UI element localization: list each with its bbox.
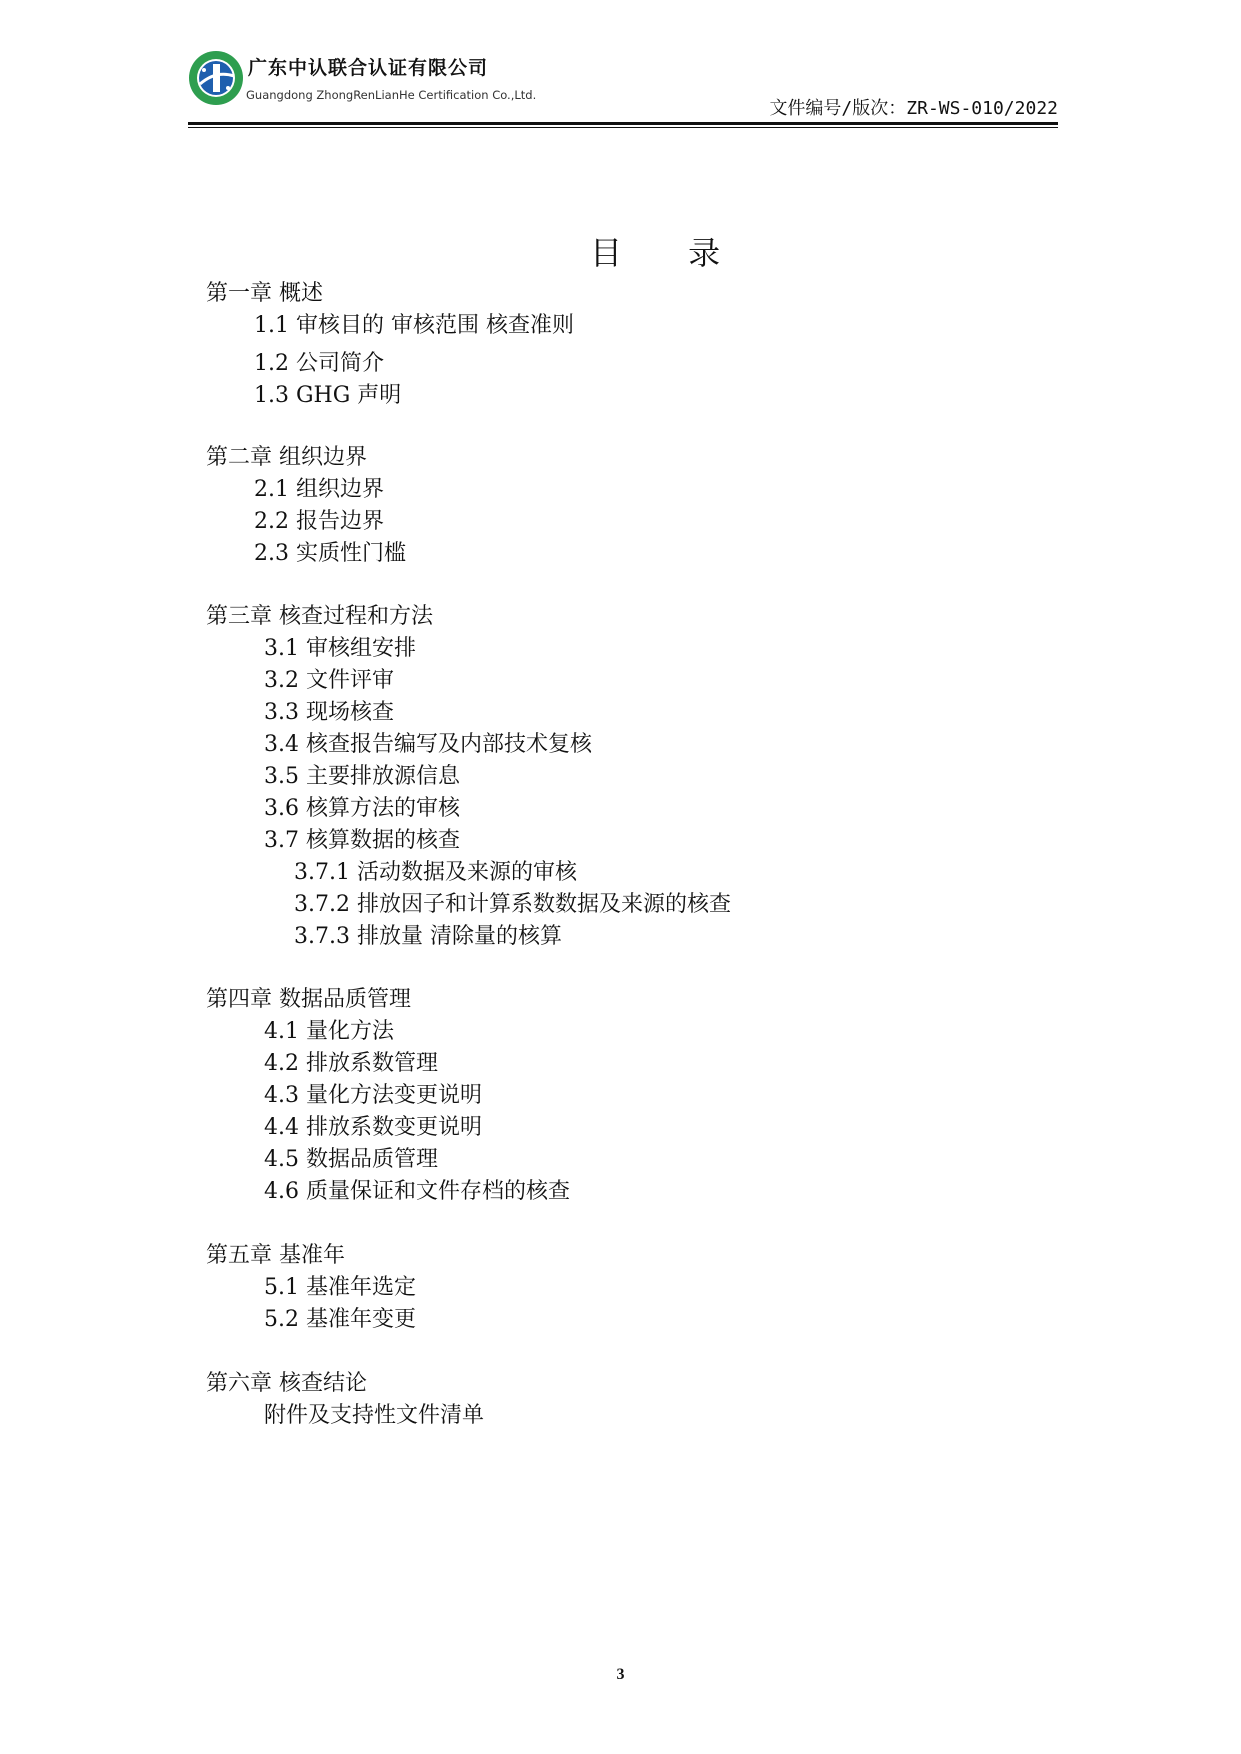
toc-section: 3.7.2 排放因子和计算系数数据及来源的核查	[294, 891, 731, 919]
toc-section: 2.1 组织边界	[254, 476, 384, 504]
toc-section: 4.2 排放系数管理	[264, 1050, 438, 1078]
toc-title: 目 录	[590, 228, 748, 274]
toc-section: 3.3 现场核查	[264, 699, 394, 727]
toc-section: 3.1 审核组安排	[264, 635, 416, 663]
toc-section: 1.2 公司简介	[254, 350, 384, 378]
toc-section: 4.5 数据品质管理	[264, 1146, 438, 1174]
toc-section: 2.2 报告边界	[254, 508, 384, 536]
toc-section: 1.1 审核目的 审核范围 核查准则	[254, 312, 574, 340]
company-name-cn: 广东中认联合认证有限公司	[248, 53, 488, 80]
header-divider-thin	[188, 127, 1058, 128]
toc-section: 3.7 核算数据的核查	[264, 827, 460, 855]
toc-chapter: 第四章 数据品质管理	[206, 986, 411, 1014]
document-page: 广东中认联合认证有限公司 Guangdong ZhongRenLianHe Ce…	[0, 0, 1241, 1754]
page-header: 广东中认联合认证有限公司 Guangdong ZhongRenLianHe Ce…	[188, 45, 1058, 130]
toc-section: 4.4 排放系数变更说明	[264, 1114, 482, 1142]
header-divider-thick	[188, 122, 1058, 125]
page-number: 3	[0, 1666, 1241, 1684]
toc-section: 3.5 主要排放源信息	[264, 763, 460, 791]
toc-section: 5.1 基准年选定	[264, 1274, 416, 1302]
document-number: 文件编号/版次：ZR-WS-010/2022	[769, 94, 1058, 120]
toc-chapter: 第六章 核查结论	[206, 1370, 367, 1398]
toc-section: 4.1 量化方法	[264, 1018, 394, 1046]
toc-section: 4.6 质量保证和文件存档的核查	[264, 1178, 570, 1206]
toc-section: 3.4 核查报告编写及内部技术复核	[264, 731, 592, 759]
toc-section: 3.7.1 活动数据及来源的审核	[294, 859, 577, 887]
toc-chapter: 第二章 组织边界	[206, 444, 367, 472]
toc-section: 4.3 量化方法变更说明	[264, 1082, 482, 1110]
toc-section: 2.3 实质性门槛	[254, 540, 406, 568]
toc-chapter: 第五章 基准年	[206, 1242, 345, 1270]
toc-section: 5.2 基准年变更	[264, 1306, 416, 1334]
toc-chapter: 第一章 概述	[206, 280, 323, 308]
toc-section: 1.3 GHG 声明	[254, 382, 401, 410]
toc-section: 附件及支持性文件清单	[264, 1402, 484, 1430]
toc-section: 3.7.3 排放量 清除量的核算	[294, 923, 562, 951]
toc-section: 3.2 文件评审	[264, 667, 394, 695]
certification-logo-icon	[188, 50, 244, 106]
company-name-en: Guangdong ZhongRenLianHe Certification C…	[246, 88, 536, 102]
toc-section: 3.6 核算方法的审核	[264, 795, 460, 823]
toc-chapter: 第三章 核查过程和方法	[206, 603, 433, 631]
